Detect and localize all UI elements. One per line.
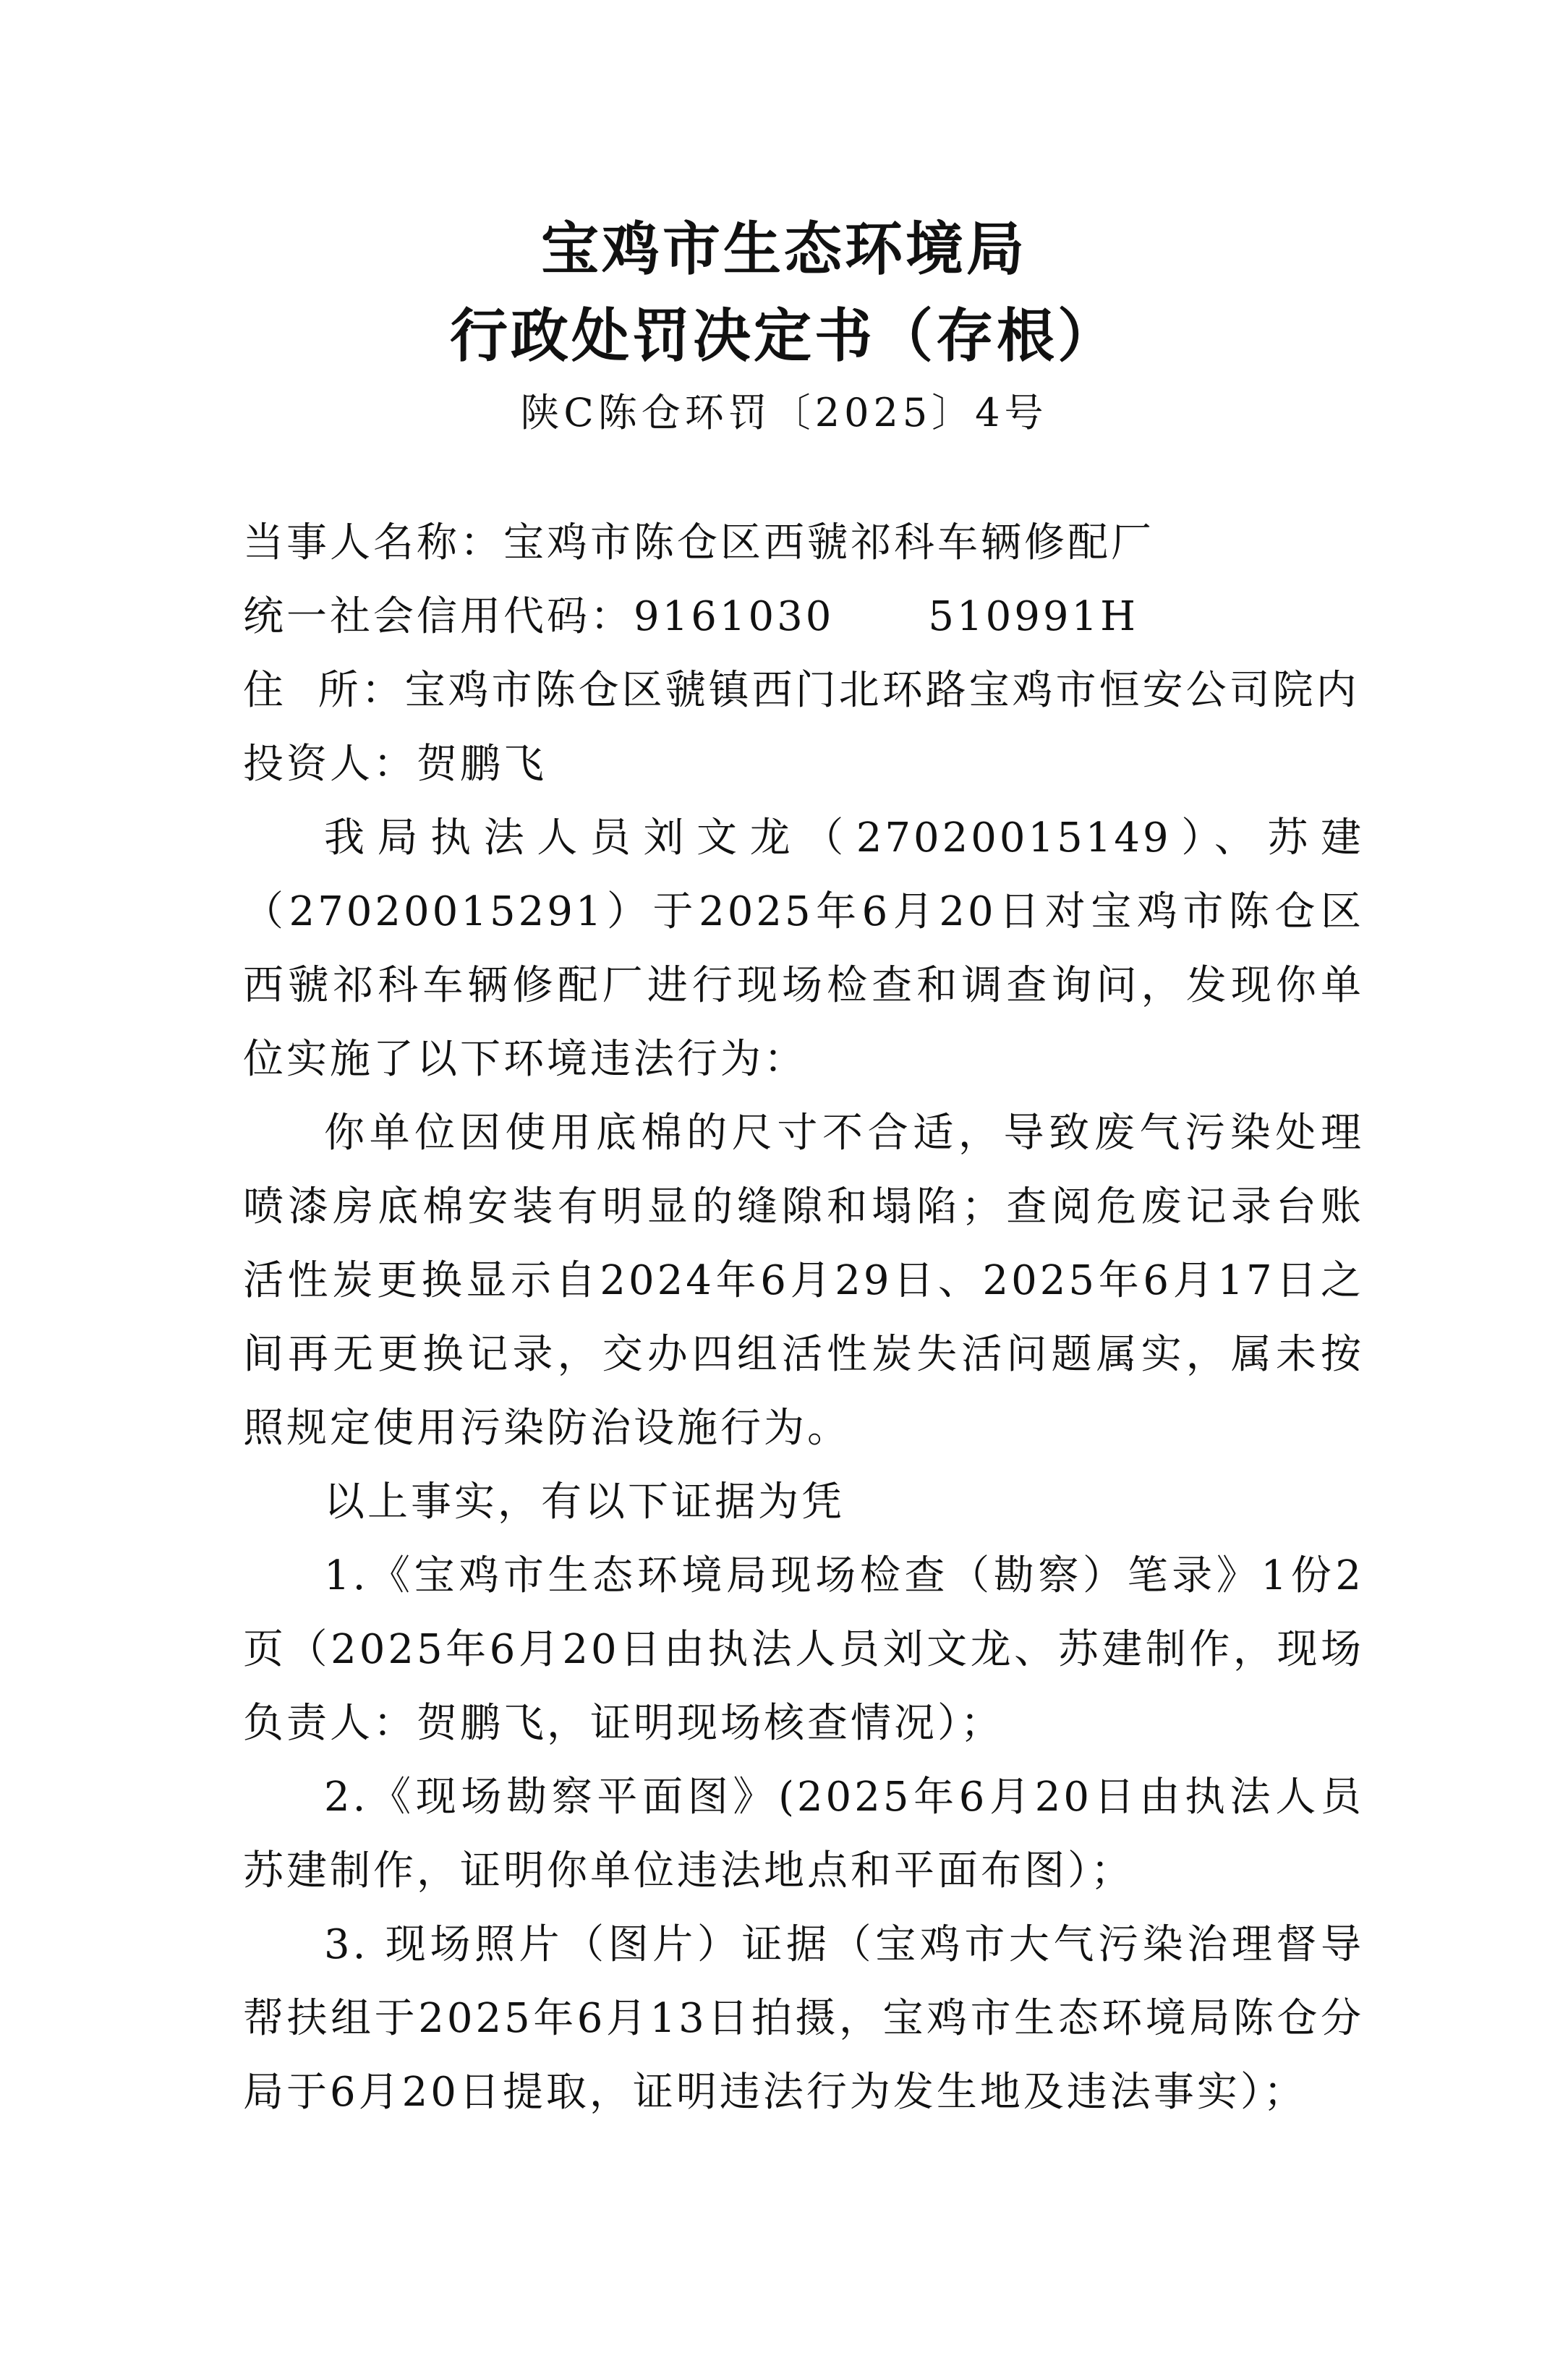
inspection-paragraph: 我局执法人员刘文龙（27020015149）、苏建（27020015291）于2… [243,801,1364,1097]
credit-code-part1: 9161030 [634,593,834,640]
evidence-item-1: 1.《宝鸡市生态环境局现场检查（勘察）笔录》1份2页（2025年6月20日由执法… [243,1539,1364,1761]
evidence-item-3: 3. 现场照片（图片）证据（宝鸡市大气污染治理督导帮扶组于2025年6月13日拍… [243,1908,1364,2130]
document-type-title: 行政处罚决定书（存根） [0,289,1568,373]
party-name-line: 当事人名称：宝鸡市陈仓区西虢祁科车辆修配厂 [243,506,1364,580]
credit-code-label: 统一社会信用代码： [243,593,634,640]
investor-value: 贺鹏飞 [417,741,547,788]
credit-code-part2: 510991H [928,593,1138,640]
party-name-label: 当事人名称： [243,519,503,566]
document-page: 宝鸡市生态环境局 行政处罚决定书（存根） 陕C陈仓环罚〔2025〕4号 当事人名… [0,0,1568,2361]
party-name-value: 宝鸡市陈仓区西虢祁科车辆修配厂 [503,519,1154,566]
violation-paragraph: 你单位因使用底棉的尺寸不合适，导致废气污染处理喷漆房底棉安装有明显的缝隙和塌陷；… [243,1097,1364,1465]
investor-label: 投资人： [243,741,417,788]
agency-title: 宝鸡市生态环境局 [0,203,1568,286]
document-body: 当事人名称：宝鸡市陈仓区西虢祁科车辆修配厂 统一社会信用代码：916103051… [243,506,1364,2130]
address-label: 住 所： [243,667,405,714]
investor-line: 投资人：贺鹏飞 [243,728,1364,801]
credit-code-line: 统一社会信用代码：9161030510991H [243,580,1364,654]
evidence-intro: 以上事实，有以下证据为凭 [243,1465,1364,1539]
address-value: 宝鸡市陈仓区虢镇西门北环路宝鸡市恒安公司院内 [405,667,1360,714]
document-number: 陕C陈仓环罚〔2025〕4号 [0,382,1568,438]
address-line: 住 所：宝鸡市陈仓区虢镇西门北环路宝鸡市恒安公司院内 [243,654,1364,728]
evidence-item-2: 2.《现场勘察平面图》(2025年6月20日由执法人员苏建制作，证明你单位违法地… [243,1761,1364,1908]
